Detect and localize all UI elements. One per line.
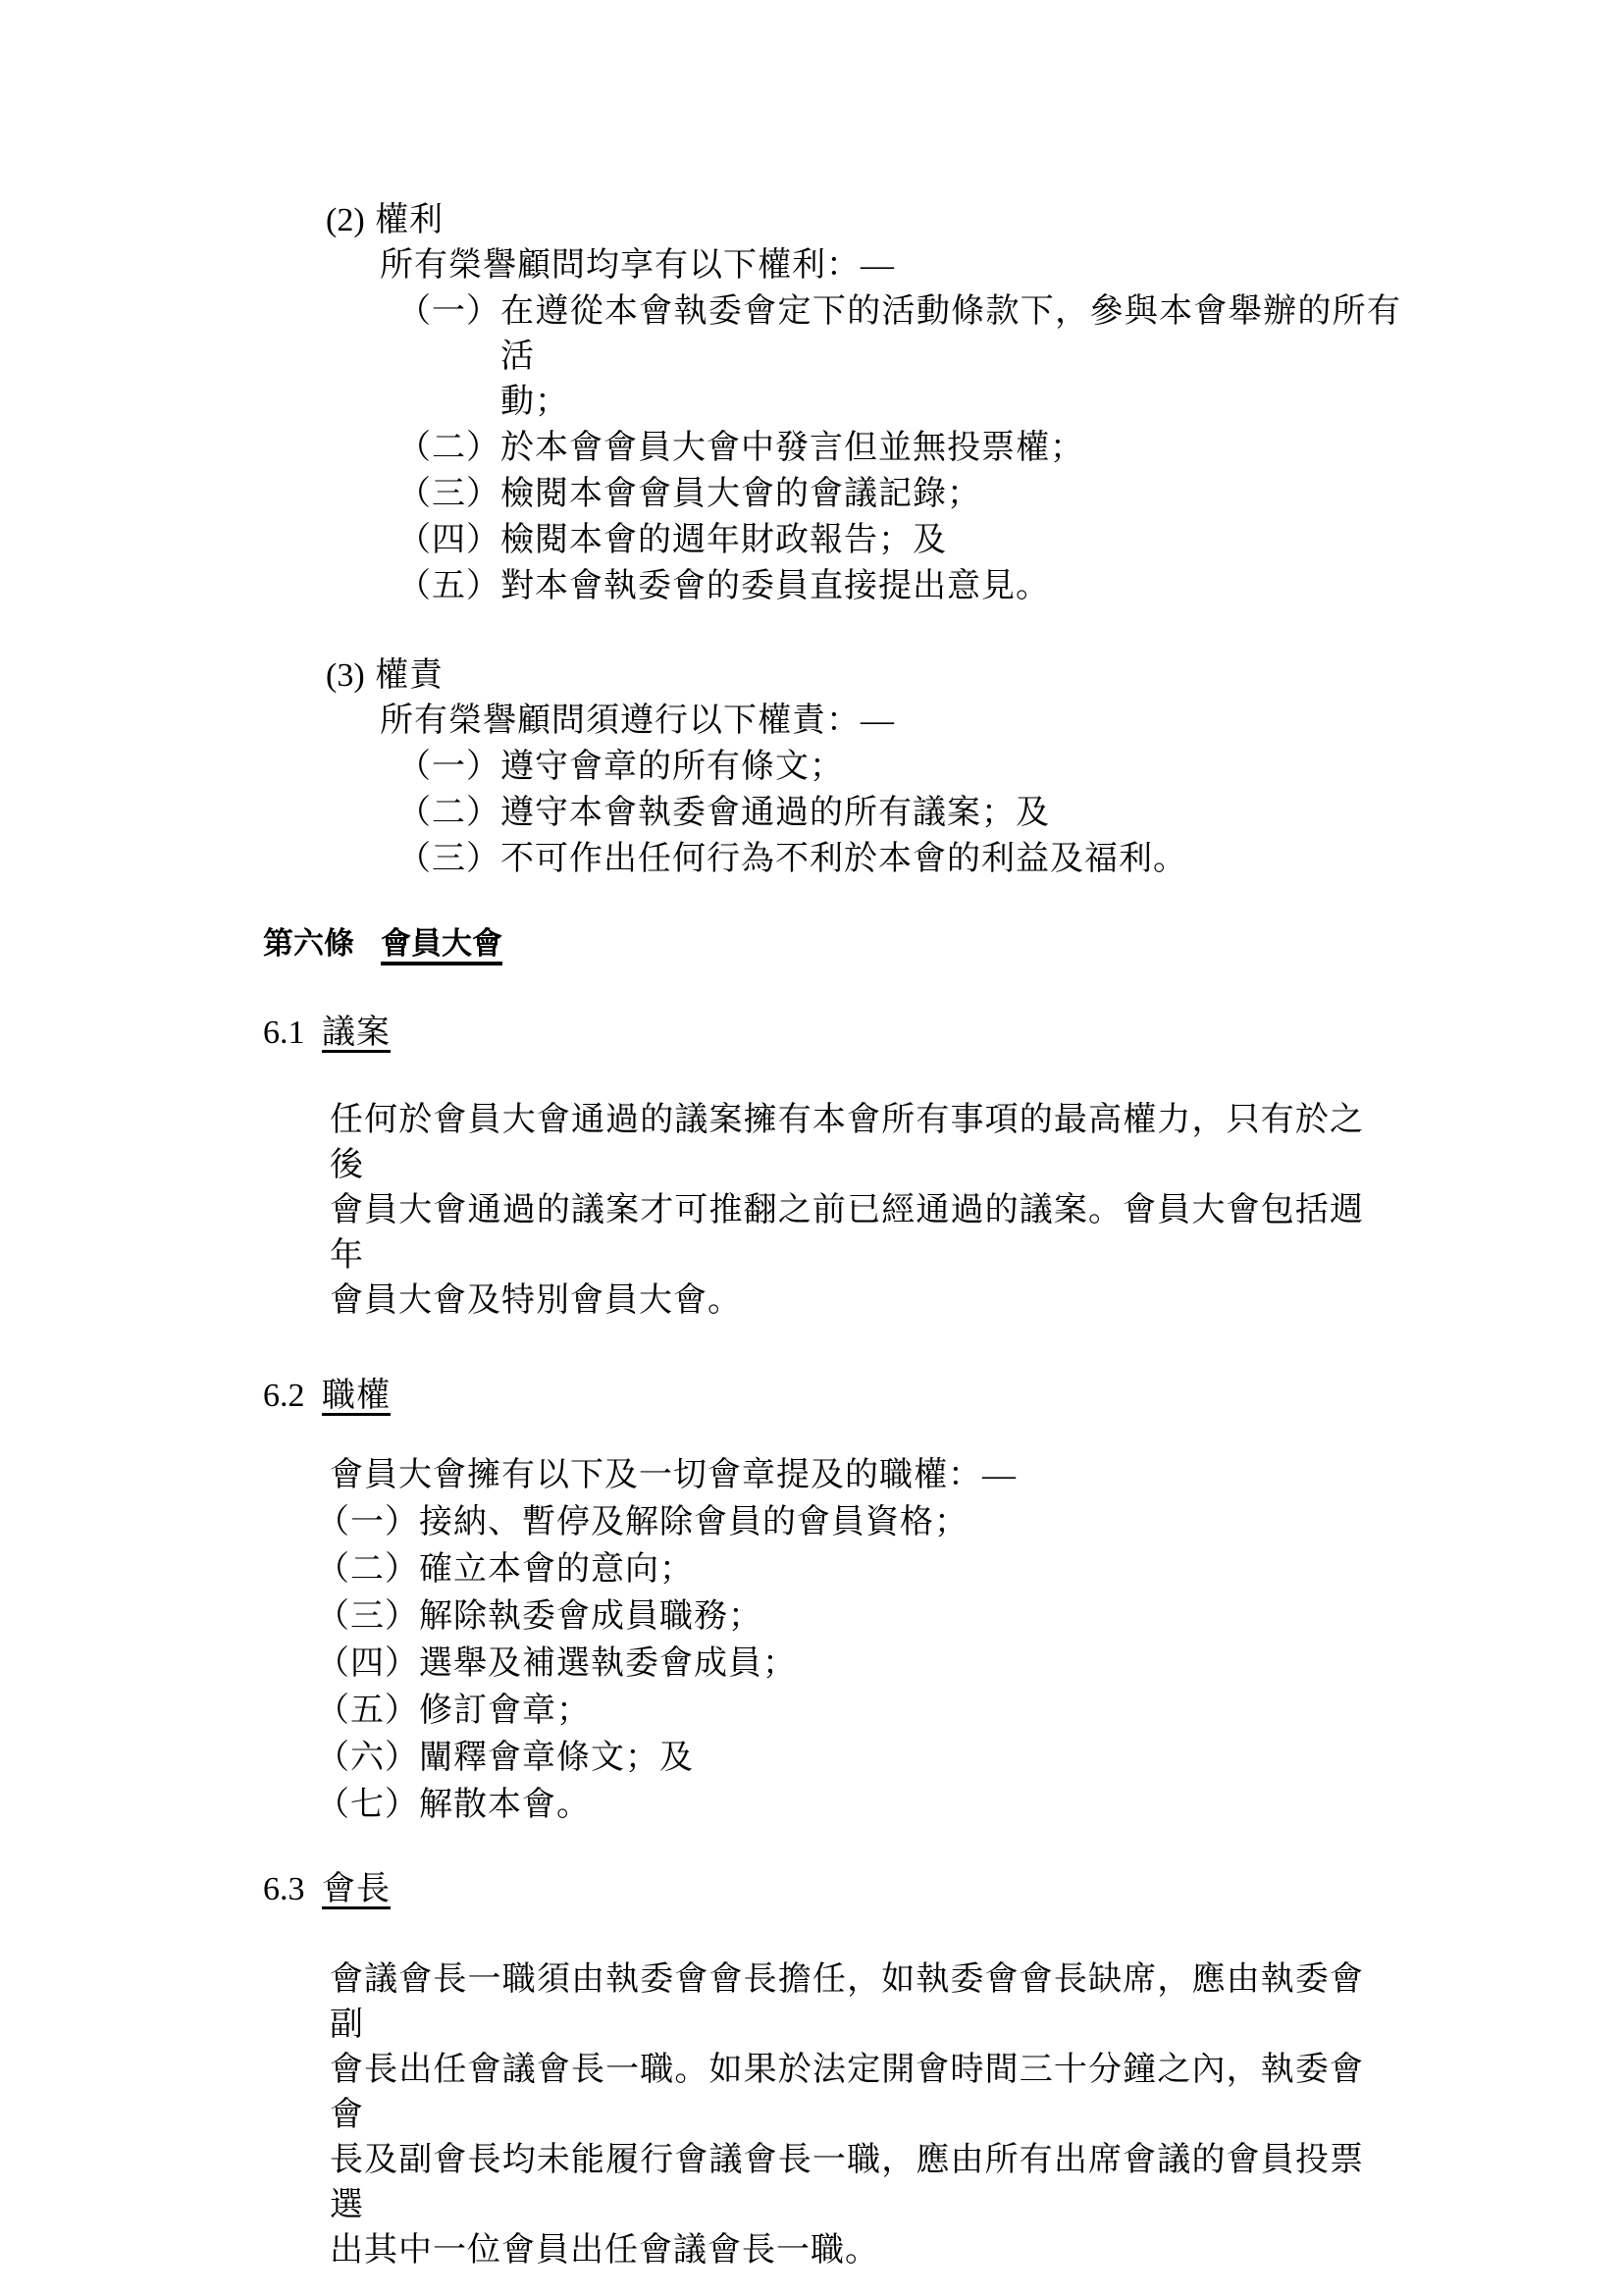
- section-6-1-paragraph: 任何於會員大會通過的議案擁有本會所有事項的最高權力，只有於之後 會員大會通過的議…: [330, 1098, 1364, 1324]
- item-text: 解散本會。: [419, 1783, 591, 1828]
- item-marker: （二）: [397, 791, 500, 836]
- list-item: （五） 對本會執委會的委員直接提出意見。: [397, 564, 1624, 609]
- text-line: 動；: [500, 380, 1401, 425]
- clause-heading-row: (3)權責: [326, 653, 1624, 699]
- text-line: 長及副會長均未能履行會議會長一職，應由所有出席會議的會員投票選: [330, 2138, 1364, 2228]
- item-marker: （三）: [397, 472, 500, 517]
- section-title: 會長: [322, 1871, 391, 1907]
- item-text: 遵守會章的所有條文；: [500, 745, 844, 790]
- text-line: 在遵從本會執委會定下的活動條款下，參與本會舉辦的所有活: [500, 289, 1401, 380]
- ordered-list: （一） 接納、暫停及解除會員的會員資格； （二） 確立本會的意向； （三） 解除…: [316, 1500, 1624, 1828]
- text-line: 於本會會員大會中發言但並無投票權；: [500, 426, 1401, 471]
- text-line: 會議會長一職須由執委會會長擔任，如執委會會長缺席，應由執委會副: [330, 1957, 1364, 2048]
- item-marker: （二）: [397, 426, 500, 471]
- item-text: 選舉及補選執委會成員；: [419, 1642, 797, 1687]
- item-marker: （六）: [316, 1736, 419, 1781]
- item-text: 確立本會的意向；: [419, 1547, 694, 1592]
- text-line: 檢閱本會會員大會的會議記錄；: [500, 472, 1401, 517]
- section-6-3-heading: 6.3會長: [263, 1867, 1624, 1912]
- item-text: 遵守本會執委會通過的所有議案；及: [500, 791, 1050, 836]
- item-text: 接納、暫停及解除會員的會員資格；: [419, 1500, 969, 1545]
- section-title: 議案: [322, 1015, 391, 1051]
- list-item: （七） 解散本會。: [316, 1783, 1624, 1828]
- clause-number: (3): [326, 653, 375, 699]
- list-item: （三） 不可作出任何行為不利於本會的利益及福利。: [397, 837, 1624, 882]
- item-text: 在遵從本會執委會定下的活動條款下，參與本會舉辦的所有活 動；: [500, 289, 1401, 425]
- item-marker: （三）: [316, 1594, 419, 1640]
- list-item: （五） 修訂會章；: [316, 1689, 1624, 1734]
- clause-2-rights: (2)權利 所有榮譽顧問均享有以下權利：— （一） 在遵從本會執委會定下的活動條…: [326, 198, 1624, 609]
- item-marker: （二）: [316, 1547, 419, 1592]
- ordered-list: （一） 在遵從本會執委會定下的活動條款下，參與本會舉辦的所有活 動； （二） 於…: [397, 289, 1624, 609]
- list-item: （三） 檢閱本會會員大會的會議記錄；: [397, 472, 1624, 517]
- item-text: 於本會會員大會中發言但並無投票權；: [500, 426, 1401, 471]
- text-line: 任何於會員大會通過的議案擁有本會所有事項的最高權力，只有於之後: [330, 1098, 1364, 1188]
- text-line: 會員大會及特別會員大會。: [330, 1278, 1364, 1324]
- list-item: （四） 檢閱本會的週年財政報告；及: [397, 518, 1624, 563]
- article-title: 會員大會: [381, 926, 502, 961]
- list-item: （三） 解除執委會成員職務；: [316, 1594, 1624, 1640]
- clause-3-duties: (3)權責 所有榮譽顧問須遵行以下權責：— （一） 遵守會章的所有條文； （二）…: [326, 653, 1624, 882]
- section-6-3-paragraph: 會議會長一職須由執委會會長擔任，如執委會會長缺席，應由執委會副 會長出任會議會長…: [330, 1957, 1364, 2273]
- clause-title: 權責: [375, 657, 444, 694]
- text-line: 檢閱本會的週年財政報告；及: [500, 518, 1401, 563]
- item-marker: （三）: [397, 837, 500, 882]
- text-line: 對本會執委會的委員直接提出意見。: [500, 564, 1401, 609]
- text-line: 遵守會章的所有條文；: [500, 745, 844, 790]
- text-line: 出其中一位會員出任會議會長一職。: [330, 2228, 1364, 2273]
- list-item: （一） 遵守會章的所有條文；: [397, 745, 1624, 790]
- item-text: 闡釋會章條文；及: [419, 1736, 694, 1781]
- item-marker: （五）: [316, 1689, 419, 1734]
- article-6-heading: 第六條會員大會: [263, 921, 1624, 966]
- item-text: 解除執委會成員職務；: [419, 1594, 762, 1640]
- list-item: （六） 闡釋會章條文；及: [316, 1736, 1624, 1781]
- text-line: 會員大會通過的議案才可推翻之前已經通過的議案。會員大會包括週年: [330, 1188, 1364, 1278]
- clause-number: (2): [326, 198, 375, 243]
- item-text: 檢閱本會會員大會的會議記錄；: [500, 472, 1401, 517]
- section-6-1-heading: 6.1議案: [263, 1011, 1624, 1056]
- item-marker: （五）: [397, 564, 500, 609]
- clause-title: 權利: [375, 202, 444, 238]
- item-text: 對本會執委會的委員直接提出意見。: [500, 564, 1401, 609]
- text-line: 會長出任會議會長一職。如果於法定開會時間三十分鐘之內，執委會會: [330, 2048, 1364, 2138]
- list-item: （二） 於本會會員大會中發言但並無投票權；: [397, 426, 1624, 471]
- list-item: （一） 在遵從本會執委會定下的活動條款下，參與本會舉辦的所有活 動；: [397, 289, 1624, 425]
- section-number: 6.2: [263, 1374, 322, 1419]
- item-marker: （四）: [316, 1642, 419, 1687]
- list-item: （二） 遵守本會執委會通過的所有議案；及: [397, 791, 1624, 836]
- section-6-2-heading: 6.2職權: [263, 1374, 1624, 1419]
- item-text: 修訂會章；: [419, 1689, 591, 1734]
- section-number: 6.1: [263, 1011, 322, 1056]
- document-page: (2)權利 所有榮譽顧問均享有以下權利：— （一） 在遵從本會執委會定下的活動條…: [0, 0, 1624, 2295]
- item-marker: （七）: [316, 1783, 419, 1828]
- item-text: 檢閱本會的週年財政報告；及: [500, 518, 1401, 563]
- section-number: 6.3: [263, 1867, 322, 1912]
- section-title: 職權: [322, 1378, 391, 1414]
- list-item: （二） 確立本會的意向；: [316, 1547, 1624, 1592]
- text-line: 不可作出任何行為不利於本會的利益及福利。: [500, 837, 1187, 882]
- item-marker: （一）: [316, 1500, 419, 1545]
- item-marker: （一）: [397, 289, 500, 335]
- section-6-2-intro: 會員大會擁有以下及一切會章提及的職權：—: [330, 1453, 1364, 1498]
- clause-intro: 所有榮譽顧問須遵行以下權責：—: [380, 699, 1624, 744]
- list-item: （四） 選舉及補選執委會成員；: [316, 1642, 1624, 1687]
- item-marker: （一）: [397, 745, 500, 790]
- clause-intro: 所有榮譽顧問均享有以下權利：—: [380, 243, 1624, 288]
- text-line: 遵守本會執委會通過的所有議案；及: [500, 791, 1050, 836]
- ordered-list: （一） 遵守會章的所有條文； （二） 遵守本會執委會通過的所有議案；及 （三） …: [397, 745, 1624, 882]
- item-text: 不可作出任何行為不利於本會的利益及福利。: [500, 837, 1187, 882]
- article-number: 第六條: [263, 926, 354, 961]
- item-marker: （四）: [397, 518, 500, 563]
- clause-heading-row: (2)權利: [326, 198, 1624, 243]
- list-item: （一） 接納、暫停及解除會員的會員資格；: [316, 1500, 1624, 1545]
